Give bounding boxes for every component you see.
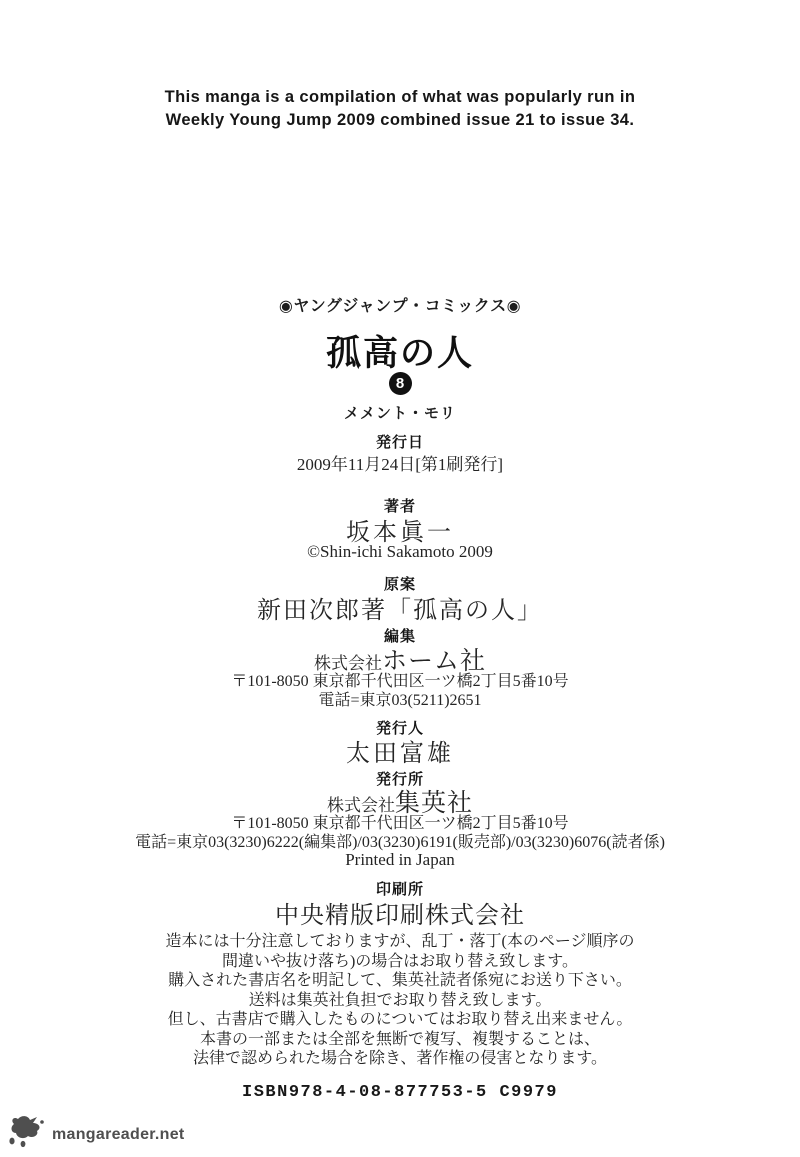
volume-badge-row: 8 bbox=[0, 372, 800, 395]
site-watermark: mangareader.net bbox=[6, 1114, 185, 1155]
colophon-page: This manga is a compilation of what was … bbox=[0, 0, 800, 1157]
notice-line: 送料は集英社負担でお取り替え致します。 bbox=[0, 991, 800, 1011]
printer-name: 中央精版印刷株式会社 bbox=[0, 895, 800, 930]
compilation-note-line2: Weekly Young Jump 2009 combined issue 21… bbox=[0, 109, 800, 132]
notice-line: 但し、古書店で購入したものについてはお取り替え出来ません。 bbox=[0, 1010, 800, 1030]
book-subtitle: メメント・モリ bbox=[0, 402, 800, 423]
notice-line: 間違いや抜け落ち)の場合はお取り替え致します。 bbox=[0, 952, 800, 972]
editor-phone: 電話=東京03(5211)2651 bbox=[0, 687, 800, 710]
notice-line: 造本には十分注意しておりますが、乱丁・落丁(本のページ順序の bbox=[0, 932, 800, 952]
publish-date-value: 2009年11月24日[第1刷発行] bbox=[0, 450, 800, 475]
mangareader-logo-icon bbox=[6, 1114, 50, 1155]
compilation-note: This manga is a compilation of what was … bbox=[0, 86, 800, 132]
author-copyright: ©Shin-ichi Sakamoto 2009 bbox=[0, 542, 800, 562]
imprint-line: ◉ヤングジャンプ・コミックス◉ bbox=[0, 293, 800, 316]
original-work-value: 新田次郎著「孤高の人」 bbox=[0, 590, 800, 625]
volume-number-badge: 8 bbox=[389, 372, 412, 395]
compilation-note-line1: This manga is a compilation of what was … bbox=[0, 86, 800, 109]
publisher-phone: 電話=東京03(3230)6222(編集部)/03(3230)6191(販売部)… bbox=[0, 829, 800, 852]
isbn-line: ISBN978-4-08-877753-5 C9979 bbox=[0, 1083, 800, 1102]
watermark-site-name: mangareader.net bbox=[52, 1126, 185, 1144]
publish-date-label: 発行日 bbox=[0, 431, 800, 452]
publisher-person-name: 太田富雄 bbox=[0, 733, 800, 768]
book-title: 孤高の人 bbox=[0, 326, 800, 376]
notice-line: 購入された書店名を明記して、集英社読者係宛にお送り下さい。 bbox=[0, 971, 800, 991]
replacement-notice: 造本には十分注意しておりますが、乱丁・落丁(本のページ順序の 間違いや抜け落ち)… bbox=[0, 932, 800, 1069]
notice-line: 法律で認められた場合を除き、著作権の侵害となります。 bbox=[0, 1049, 800, 1069]
notice-line: 本書の一部または全部を無断で複写、複製することは、 bbox=[0, 1030, 800, 1050]
printed-in-japan-note: Printed in Japan bbox=[0, 850, 800, 870]
